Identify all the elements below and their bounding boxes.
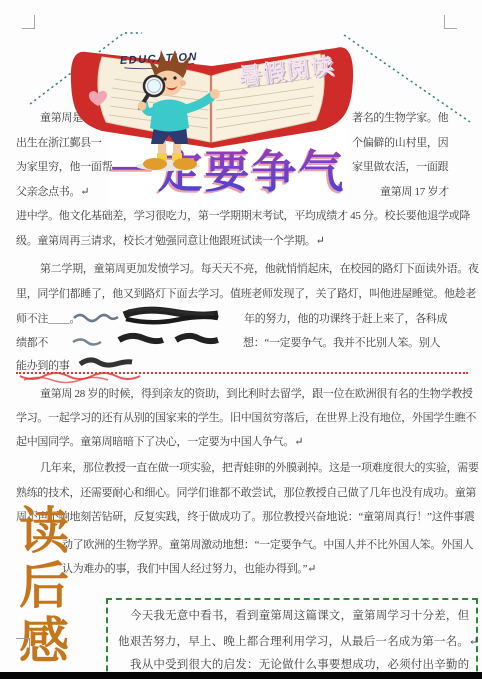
body-line: 学习。一起学习的还有从别的国家来的学生。旧中国贫穷落后，在世界上没有地位，外国学… xyxy=(16,412,476,425)
review-line: 我从中受到很大的启发：无论做什么事要想成功，必须付出辛勤的 xyxy=(130,659,469,672)
body-line: 个偏僻的山村里，因 xyxy=(352,137,448,150)
body-line: 第二学期，童第周更加发愤学习。每天天不亮，他就悄悄起床，在校园的路灯下面读外语。… xyxy=(40,263,479,276)
header-illustration: EDUCATION 暑假阅读 暑假阅读 xyxy=(62,24,362,174)
body-line: 认为难办的事，我们中国人经过努力，也能办得到。”↵ xyxy=(62,563,316,576)
body-line: 进中学。他文化基础差，学习很吃力，第一学期期末考试，平均成绩才 45 分。校长要… xyxy=(16,210,470,223)
body-line: 童第周 17 岁才 xyxy=(380,186,449,199)
review-line: 今天我无意中看书，看到童第周这篇课文，童第周学习十分差，但 xyxy=(130,610,469,623)
body-line: 熟练的技术，还需要耐心和细心。同学们谁都不敢尝试，那位教授自己做了几年也没有成功… xyxy=(16,487,476,500)
body-line: 几年来，那位教授一直在做一项实验，把青蛙卵的外膜剥掉。这是一项难度很大的实验，需… xyxy=(40,462,479,475)
body-line: 父亲念点书。↵ xyxy=(16,186,89,199)
body-line: 著名的生物学家。他 xyxy=(352,112,448,125)
document-page: 一定要争气 EDUCATION 暑假阅读 暑假阅读 xyxy=(0,0,482,679)
body-line: 周不声不响地刻苦钻研，反复实践，终于做成功了。那位教授兴奋地说：“童第周真行！”… xyxy=(16,511,475,524)
body-line: 家里做农活，一面跟 xyxy=(352,161,448,174)
note-corner-mark xyxy=(16,638,30,654)
body-line: 级。童第周再三请求，校长才勉强同意让他跟班试读一个学期。↵ xyxy=(16,235,325,248)
review-line: 他艰苦努力，早上、晚上都合理利用学习，从最后一名成为第一名。↵ xyxy=(118,636,479,649)
body-line: 动了欧洲的生物学界。童第周激动地想：“一定要争气。中国人并不比外国人笨。外国人 xyxy=(62,539,473,552)
bottom-edge-bar xyxy=(0,672,482,679)
body-line: 起中国同学。童第周暗暗下了决心，一定要为中国人争气。↵ xyxy=(16,436,303,449)
ink-scribble-overlay xyxy=(0,300,482,390)
